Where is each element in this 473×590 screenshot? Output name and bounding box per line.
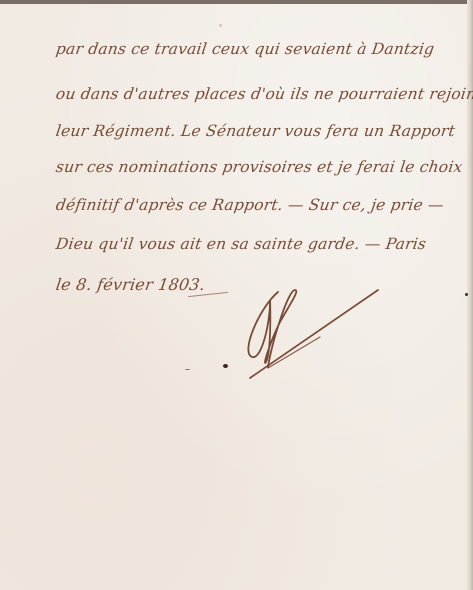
ink-blot [223, 364, 228, 368]
handwritten-line-5: définitif d'après ce Rapport. — Sur ce, … [55, 196, 445, 214]
handwritten-line-1: par dans ce travail ceux qui sevaient à … [55, 40, 436, 58]
handwritten-line-2: ou dans d'autres places d'où ils ne pour… [55, 85, 473, 103]
foxing-spot [219, 24, 222, 27]
date-line: le 8. février 1803. [55, 275, 207, 294]
signature-paraph-icon [240, 282, 380, 382]
handwritten-line-4: sur ces nominations provisoires et je fe… [55, 158, 464, 176]
handwritten-line-3: leur Régiment. Le Sénateur vous fera un … [55, 122, 457, 140]
letter-page: par dans ce travail ceux qui sevaient à … [0, 0, 473, 590]
ink-speck [185, 369, 190, 370]
page-top-edge [0, 0, 473, 4]
handwritten-line-6: Dieu qu'il vous ait en sa sainte garde. … [55, 235, 428, 253]
margin-dot [465, 293, 468, 296]
